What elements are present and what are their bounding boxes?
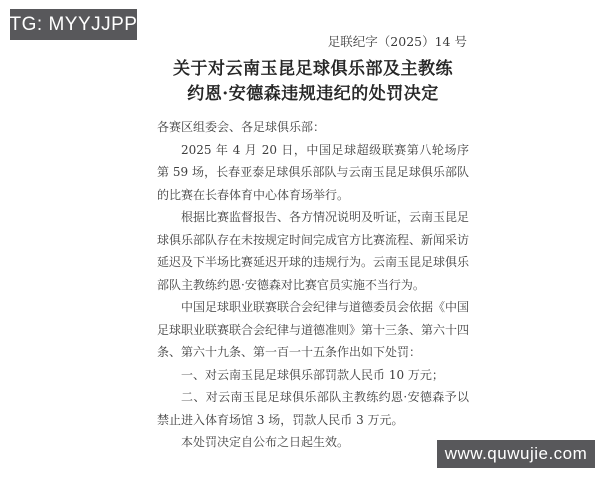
paragraph-violation-findings: 根据比赛监督报告、各方情况说明及听证，云南玉昆足球俱乐部队存在未按规定时间完成官… [157, 206, 469, 296]
document-scan: 足联纪字（2025）14 号 关于对云南玉昆足球俱乐部及主教练 约恩·安德森违规… [157, 0, 469, 480]
document-title-line1: 关于对云南玉昆足球俱乐部及主教练 [157, 57, 469, 82]
penalty-item-2: 二、对云南玉昆足球俱乐部队主教练约恩·安德森予以禁止进入体育场馆 3 场，罚款人… [157, 386, 469, 431]
salutation-line: 各赛区组委会、各足球俱乐部： [157, 116, 469, 139]
paragraph-legal-basis: 中国足球职业联赛联合会纪律与道德委员会依据《中国足球职业联赛联合会纪律与道德准则… [157, 296, 469, 364]
watermark-telegram-banner: TG: MYYJJPP [10, 9, 137, 40]
penalty-item-1: 一、对云南玉昆足球俱乐部罚款人民币 10 万元； [157, 364, 469, 387]
paragraph-match-info: 2025 年 4 月 20 日，中国足球超级联赛第八轮场序第 59 场，长春亚泰… [157, 139, 469, 207]
effective-date-line: 本处罚决定自公布之日起生效。 [157, 431, 469, 454]
document-title-line2: 约恩·安德森违规违纪的处罚决定 [157, 82, 469, 107]
document-title: 关于对云南玉昆足球俱乐部及主教练 约恩·安德森违规违纪的处罚决定 [157, 57, 469, 107]
page: { "overlays": { "top_left_banner": "TG: … [0, 0, 600, 480]
document-body: 各赛区组委会、各足球俱乐部： 2025 年 4 月 20 日，中国足球超级联赛第… [157, 116, 469, 454]
document-reference-number: 足联纪字（2025）14 号 [328, 35, 467, 49]
